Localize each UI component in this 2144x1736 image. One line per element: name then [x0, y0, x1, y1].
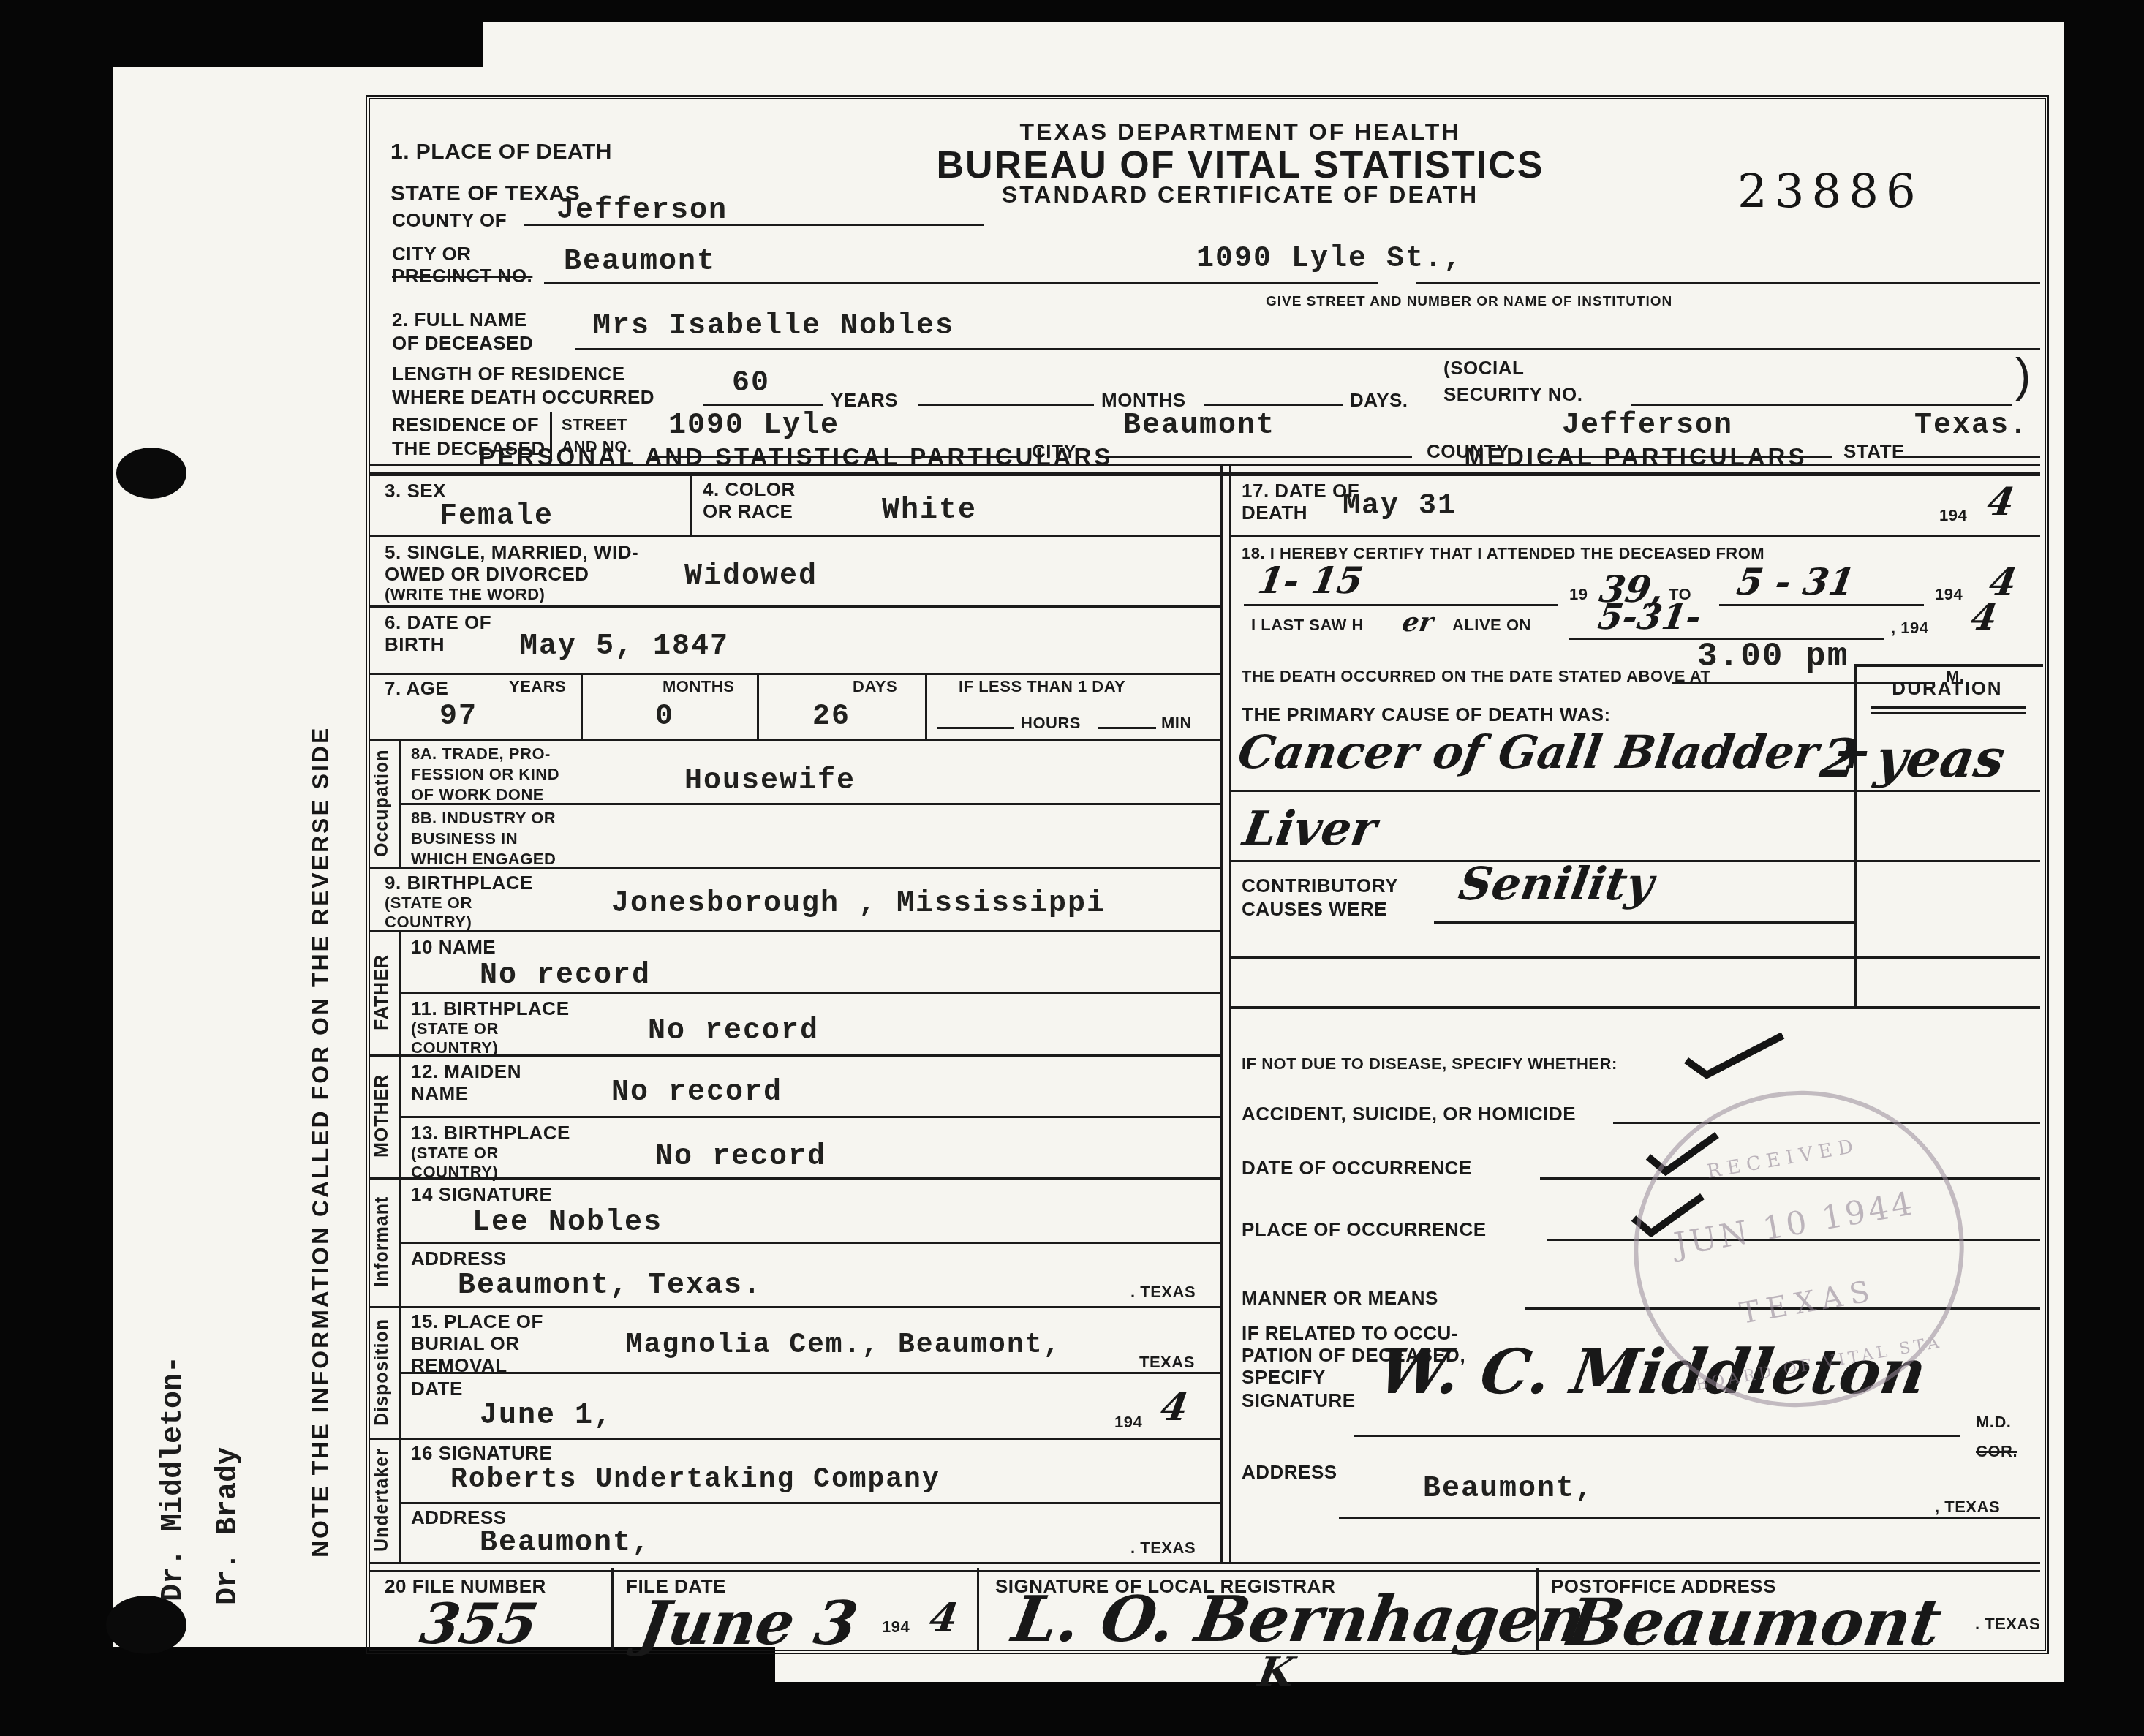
job-label-1: 8A. TRADE, PRO-	[411, 744, 551, 763]
rule	[370, 867, 1222, 869]
cell-divider	[611, 1568, 614, 1650]
margin-note: NOTE THE INFORMATION CALLED FOR ON THE R…	[307, 512, 334, 1558]
closing-paren: )	[2015, 348, 2031, 402]
cor-label-struck: COR.	[1976, 1442, 2017, 1461]
age-years-label: YEARS	[509, 677, 566, 696]
age-months-label: MONTHS	[663, 677, 734, 696]
res-street-value: 1090 Lyle	[668, 410, 839, 442]
file-number-handwritten: 355	[416, 1591, 543, 1656]
dod-label-2: DEATH	[1242, 502, 1307, 524]
birthplace-label-1: 9. BIRTHPLACE	[385, 872, 533, 894]
mother-bp-label-2: (STATE OR	[411, 1144, 499, 1163]
length-years-value: 60	[732, 367, 770, 400]
rule	[1098, 727, 1156, 729]
cause-line2-handwritten: Liver	[1239, 801, 1381, 856]
lastsaw-label-2: ALIVE ON	[1452, 616, 1531, 635]
full-name-label-1: 2. FULL NAME	[392, 309, 527, 331]
file-date-handwritten: June 3	[635, 1588, 862, 1658]
dod-year-printed: 194	[1939, 506, 1967, 525]
rule	[370, 1054, 1222, 1057]
informant-addr-value: Beaumont, Texas.	[458, 1269, 762, 1302]
contributory-value-handwritten: Senility	[1455, 857, 1657, 910]
state-of-texas-label: STATE OF TEXAS	[390, 181, 580, 206]
rule	[1871, 712, 2026, 714]
sidebar-undertaker: Undertaker	[371, 1438, 401, 1562]
cell-divider	[925, 673, 927, 739]
age-years-value: 97	[439, 701, 478, 733]
res-state-value: Texas.	[1914, 410, 2028, 442]
father-name-label: 10 NAME	[411, 936, 496, 959]
certify-to-handwritten: 5 - 31	[1734, 560, 1857, 603]
sidebar-disposition: Disposition	[371, 1306, 401, 1438]
sidebar-father: FATHER	[371, 930, 401, 1054]
rule	[1631, 404, 2012, 406]
certificate-form: 1. PLACE OF DEATH STATE OF TEXAS TEXAS D…	[366, 95, 2049, 1654]
undertaker-addr-label: ADDRESS	[411, 1506, 507, 1529]
rule	[370, 673, 1222, 675]
burial-suffix: TEXAS	[1139, 1353, 1195, 1372]
scan-edge-bottom-left	[0, 1647, 775, 1736]
burial-label-1: 15. PLACE OF	[411, 1310, 543, 1333]
file-date-year-handwritten: 4	[926, 1594, 962, 1641]
months-label: MONTHS	[1101, 389, 1186, 412]
father-bp-label-2: (STATE OR	[411, 1019, 499, 1038]
color-label-1: 4. COLOR	[703, 478, 796, 501]
length-residence-label-2: WHERE DEATH OCCURRED	[392, 386, 654, 409]
bureau-title: BUREAU OF VITAL STATISTICS	[801, 143, 1679, 187]
father-bp-value: No record	[648, 1015, 819, 1048]
birthplace-label-3: COUNTRY)	[385, 913, 472, 932]
sex-value: Female	[439, 500, 554, 533]
mother-bp-label-1: 13. BIRTHPLACE	[411, 1122, 570, 1144]
social-label-1: (SOCIAL	[1443, 357, 1524, 380]
burial-value: Magnolia Cem., Beaumont,	[626, 1329, 1061, 1361]
postoffice-value-handwritten: Beaumont	[1563, 1584, 1947, 1660]
burial-date-year-printed: 194	[1114, 1413, 1142, 1432]
burial-date-value: June 1,	[480, 1400, 613, 1433]
lastsaw-date-handwritten: 5-31-	[1596, 597, 1705, 638]
rule	[1231, 956, 2040, 959]
job-label-2: FESSION OR KIND	[411, 765, 559, 784]
county-of-label: COUNTY OF	[392, 209, 507, 232]
undertaker-sig-value: Roberts Undertaking Company	[450, 1464, 940, 1495]
birthplace-label-2: (STATE OR	[385, 894, 472, 913]
birthdate-label-1: 6. DATE OF	[385, 611, 491, 634]
city-or-label: CITY OR	[392, 243, 471, 265]
sidebar-informant: Informant	[371, 1177, 401, 1306]
undertaker-addr-suffix: . TEXAS	[1130, 1539, 1196, 1558]
rule	[544, 282, 1378, 284]
burial-date-label: DATE	[411, 1378, 463, 1400]
margin-annotation-doctor-2: Dr. Brady	[212, 1342, 245, 1605]
deceased-name-value: Mrs Isabelle Nobles	[593, 310, 954, 343]
notdisease-label: IF NOT DUE TO DISEASE, SPECIFY WHETHER:	[1242, 1054, 1618, 1073]
mother-bp-value: No record	[655, 1141, 826, 1174]
marital-label-3: (WRITE THE WORD)	[385, 585, 545, 604]
ifless-label: IF LESS THAN 1 DAY	[959, 677, 1125, 696]
registrar-extra-handwritten: K	[1255, 1648, 1298, 1697]
rule	[399, 1502, 1222, 1504]
job-label-3: OF WORK DONE	[411, 785, 544, 804]
full-name-label-2: OF DECEASED	[392, 332, 533, 355]
file-date-year-printed: 194	[882, 1618, 910, 1637]
certificate-title: STANDARD CERTIFICATE OF DEATH	[801, 181, 1679, 208]
marital-label-2: OWED OR DIVORCED	[385, 563, 589, 586]
industry-label-2: BUSINESS IN	[411, 829, 518, 848]
age-months-value: 0	[655, 701, 674, 733]
rule	[918, 404, 1094, 406]
certify-from-handwritten: 1- 15	[1255, 559, 1366, 602]
birthdate-value: May 5, 1847	[520, 630, 729, 663]
dod-year-handwritten: 4	[1984, 480, 2017, 524]
duration-label: DURATION	[1854, 677, 2040, 700]
min-label: MIN	[1161, 714, 1192, 733]
county-value: Jefferson	[556, 195, 728, 227]
rule	[1339, 1517, 2040, 1519]
registrar-signature-handwritten: L. O. Bernhagen	[1008, 1582, 1590, 1656]
burial-label-2: BURIAL OR	[411, 1332, 519, 1355]
column-divider	[1220, 464, 1231, 1562]
cell-divider	[581, 673, 583, 739]
social-label-2: SECURITY NO.	[1443, 383, 1582, 406]
manner-label: MANNER OR MEANS	[1242, 1287, 1438, 1310]
rule	[1871, 706, 2026, 709]
undertaker-addr-value: Beaumont,	[480, 1527, 651, 1560]
birthplace-value: Jonesborough , Mississippi	[611, 888, 1106, 921]
father-name-value: No record	[480, 959, 651, 992]
time-of-death-value: 3.00 pm	[1697, 638, 1849, 676]
rule	[399, 803, 1222, 805]
rule	[1204, 404, 1343, 406]
years-label: YEARS	[831, 389, 898, 412]
sex-label: 3. SEX	[385, 480, 446, 502]
color-value: White	[882, 494, 977, 527]
street-value: 1090 Lyle St.,	[1196, 243, 1462, 276]
cause-label: THE PRIMARY CAUSE OF DEATH WAS:	[1242, 703, 1611, 726]
rule	[399, 992, 1222, 994]
contributory-label-2: CAUSES WERE	[1242, 898, 1387, 921]
rule	[370, 1438, 1222, 1440]
rule	[937, 727, 1014, 729]
stamp-state: TEXAS	[1647, 1258, 1969, 1347]
res-city-value: Beaumont	[1123, 410, 1275, 442]
res-county-value: Jefferson	[1562, 410, 1733, 442]
hours-label: HOURS	[1021, 714, 1081, 733]
scanned-death-certificate: NOTE THE INFORMATION CALLED FOR ON THE R…	[0, 0, 2144, 1736]
sidebar-mother: MOTHER	[371, 1054, 401, 1177]
marital-label-1: 5. SINGLE, MARRIED, WID-	[385, 541, 638, 564]
precinct-no-label: PRECINCT NO.	[392, 265, 532, 287]
rule	[370, 739, 1222, 741]
accident-label: ACCIDENT, SUICIDE, OR HOMICIDE	[1242, 1103, 1576, 1125]
checkmark-icon	[1679, 1030, 1789, 1081]
rule	[370, 1562, 2040, 1572]
section-medical: MEDICAL PARTICULARS	[1231, 443, 2040, 471]
rule	[370, 605, 1222, 608]
margin-annotation-doctor-1: Dr. Middleton-	[157, 1170, 190, 1601]
marital-value: Widowed	[684, 560, 818, 593]
certify-19-printed: 19	[1569, 585, 1588, 604]
rule	[370, 1306, 1222, 1308]
stamp-date: JUN 10 1944	[1633, 1178, 1956, 1271]
residence-of-label-1: RESIDENCE OF	[392, 414, 539, 437]
mother-name-label-2: NAME	[411, 1082, 469, 1105]
rule	[575, 348, 2040, 350]
age-days-value: 26	[812, 701, 850, 733]
dod-value: May 31	[1343, 490, 1457, 523]
rule	[1244, 604, 1558, 606]
related-label-3: SPECIFY	[1242, 1366, 1326, 1389]
dateocc-label: DATE OF OCCURRENCE	[1242, 1157, 1472, 1180]
rule	[1231, 535, 2040, 537]
rule	[1231, 790, 2040, 792]
days-label: DAYS.	[1350, 389, 1408, 412]
informant-sig-label: 14 SIGNATURE	[411, 1183, 552, 1206]
rule	[524, 224, 984, 226]
scan-edge-right	[2064, 0, 2144, 1736]
lastsaw-er-handwritten: er	[1400, 607, 1436, 638]
certify-194-printed: 194	[1935, 585, 1963, 604]
rule	[703, 404, 823, 406]
physician-addr-value: Beaumont,	[1423, 1473, 1594, 1506]
postoffice-suffix: . TEXAS	[1975, 1615, 2040, 1634]
burial-date-year-handwritten: 4	[1158, 1385, 1191, 1430]
rule	[1231, 1006, 2040, 1009]
length-residence-label-1: LENGTH OF RESIDENCE	[392, 363, 625, 385]
scan-edge-left	[0, 0, 113, 1736]
dod-label-1: 17. DATE OF	[1242, 480, 1359, 502]
punch-hole-top	[116, 448, 186, 499]
father-bp-label-1: 11. BIRTHPLACE	[411, 997, 570, 1020]
rule	[399, 1372, 1222, 1374]
city-value: Beaumont	[564, 246, 716, 279]
certificate-number: 23886	[1737, 165, 1923, 219]
placeocc-label: PLACE OF OCCURRENCE	[1242, 1218, 1487, 1241]
rule	[1434, 921, 1854, 924]
rule	[370, 474, 2040, 476]
cell-divider	[977, 1568, 979, 1650]
section-personal: PERSONAL AND STATISTICAL PARTICULARS	[370, 443, 1222, 471]
cause-line1-handwritten: Cancer of Gall Bladder +	[1234, 725, 1876, 779]
informant-addr-suffix: . TEXAS	[1130, 1283, 1196, 1302]
birthdate-label-2: BIRTH	[385, 633, 445, 656]
place-of-death-label: 1. PLACE OF DEATH	[390, 140, 612, 165]
contributory-label-1: CONTRIBUTORY	[1242, 875, 1398, 897]
cell-divider	[690, 474, 692, 535]
lastsaw-year-printed: , 194	[1891, 619, 1928, 638]
industry-label-3: WHICH ENGAGED	[411, 850, 556, 869]
rule	[370, 1177, 1222, 1180]
industry-label-1: 8B. INDUSTRY OR	[411, 809, 556, 828]
sidebar-line	[399, 739, 401, 867]
rule	[370, 930, 1222, 932]
age-label: 7. AGE	[385, 677, 448, 700]
street-caption: GIVE STREET AND NUMBER OR NAME OF INSTIT…	[1266, 294, 1672, 310]
rule	[370, 535, 1222, 537]
rule	[1719, 604, 1924, 606]
lastsaw-label-1: I LAST SAW H	[1251, 616, 1364, 635]
physician-addr-suffix: , TEXAS	[1935, 1498, 2000, 1517]
job-value: Housewife	[684, 765, 856, 798]
rule	[1416, 282, 2040, 284]
stamp-arc: BOARD OF VITAL STA	[1659, 1327, 1979, 1401]
dept-title: TEXAS DEPARTMENT OF HEALTH	[801, 118, 1679, 146]
physician-sig-label: SIGNATURE	[1242, 1389, 1356, 1412]
informant-sig-value: Lee Nobles	[472, 1207, 663, 1239]
cell-divider	[757, 673, 759, 739]
punch-hole-bottom	[106, 1596, 186, 1654]
lastsaw-year-handwritten: 4	[1968, 595, 2000, 638]
undertaker-sig-label: 16 SIGNATURE	[411, 1442, 552, 1465]
color-label-2: OR RACE	[703, 500, 793, 523]
sidebar-line	[399, 930, 401, 1562]
sidebar-occupation: Occupation	[371, 739, 401, 867]
informant-addr-label: ADDRESS	[411, 1248, 507, 1270]
md-label: M.D.	[1976, 1413, 2011, 1432]
physician-addr-label: ADDRESS	[1242, 1461, 1337, 1484]
mother-name-label-1: 12. MAIDEN	[411, 1060, 521, 1083]
age-days-label: DAYS	[853, 677, 897, 696]
rule	[399, 1242, 1222, 1244]
rule	[399, 1116, 1222, 1118]
mother-name-value: No record	[611, 1076, 782, 1109]
rule	[1354, 1435, 1960, 1437]
occurred-label: THE DEATH OCCURRED ON THE DATE STATED AB…	[1242, 667, 1710, 686]
